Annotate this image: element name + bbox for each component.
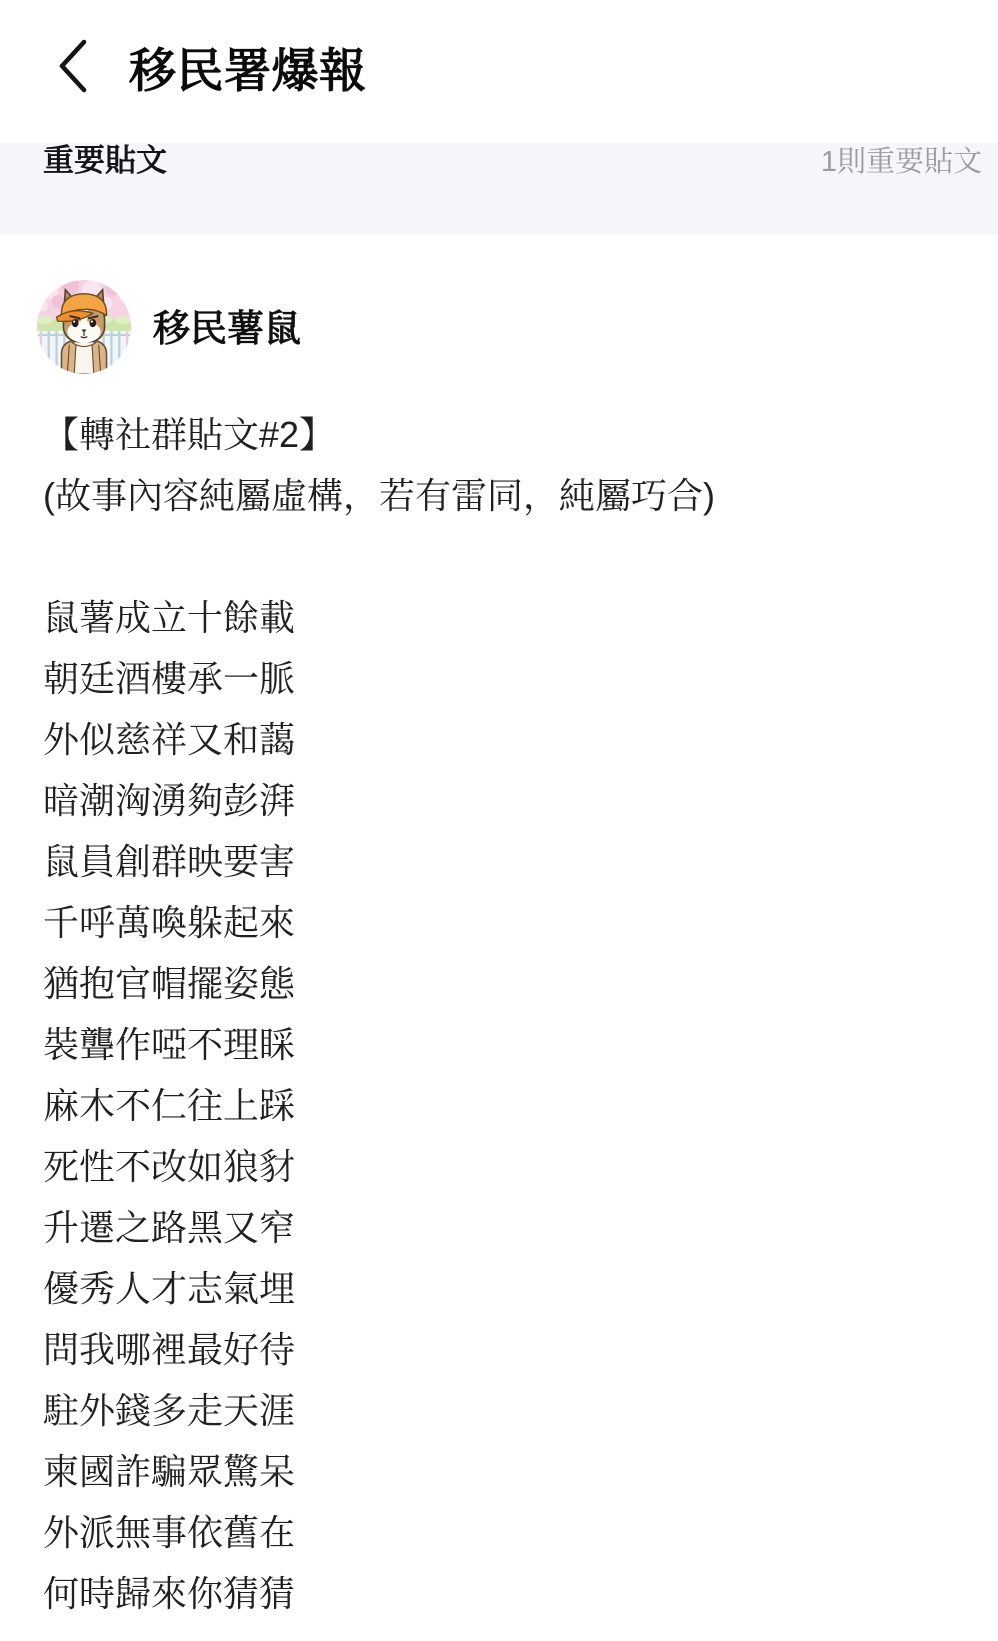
post-line (43, 526, 978, 587)
pinned-posts-count: 1則重要貼文 (821, 146, 982, 179)
post-line: 外似慈祥又和藹 (43, 709, 978, 770)
nav-header: 移民署爆報 (0, 0, 998, 143)
post-line: 死性不改如狼豺 (43, 1136, 978, 1197)
pinned-posts-label: 重要貼文 (43, 144, 167, 178)
app-screen: 移民署爆報 重要貼文 1則重要貼文 (0, 0, 998, 1641)
post-body: 【轉社群貼文#2】 (故事內容純屬虛構，若有雷同，純屬巧合) 鼠薯成立十餘載 朝… (43, 404, 978, 1624)
post-line: 朝廷酒樓承一脈 (43, 648, 978, 709)
post-line: (故事內容純屬虛構，若有雷同，純屬巧合) (43, 465, 978, 526)
pinned-posts-bar: 重要貼文 1則重要貼文 (0, 143, 998, 235)
post-line: 柬國詐騙眾驚呆 (43, 1441, 978, 1502)
post-line: 裝聾作啞不理睬 (43, 1014, 978, 1075)
post-line: 優秀人才志氣埋 (43, 1258, 978, 1319)
post-line: 問我哪裡最好待 (43, 1319, 978, 1380)
post-line: 麻木不仁往上踩 (43, 1075, 978, 1136)
post-line: 猶抱官帽擺姿態 (43, 953, 978, 1014)
avatar[interactable] (37, 280, 131, 374)
post-line: 外派無事依舊在 (43, 1502, 978, 1563)
post-line: 鼠員創群映要害 (43, 831, 978, 892)
post-line: 暗潮洶湧夠彭湃 (43, 770, 978, 831)
post-line: 升遷之路黑又窄 (43, 1197, 978, 1258)
post-line: 駐外錢多走天涯 (43, 1380, 978, 1441)
post-line: 何時歸來你猜猜 (43, 1563, 978, 1624)
post-line: 千呼萬喚躲起來 (43, 892, 978, 953)
post-line: 鼠薯成立十餘載 (43, 587, 978, 648)
chevron-left-icon (54, 38, 90, 99)
dog-mascot-avatar-icon (37, 280, 131, 374)
page-title: 移民署爆報 (129, 44, 367, 98)
post-line: 【轉社群貼文#2】 (43, 404, 978, 465)
back-button[interactable] (50, 38, 94, 98)
author-name[interactable]: 移民薯鼠 (153, 307, 301, 351)
